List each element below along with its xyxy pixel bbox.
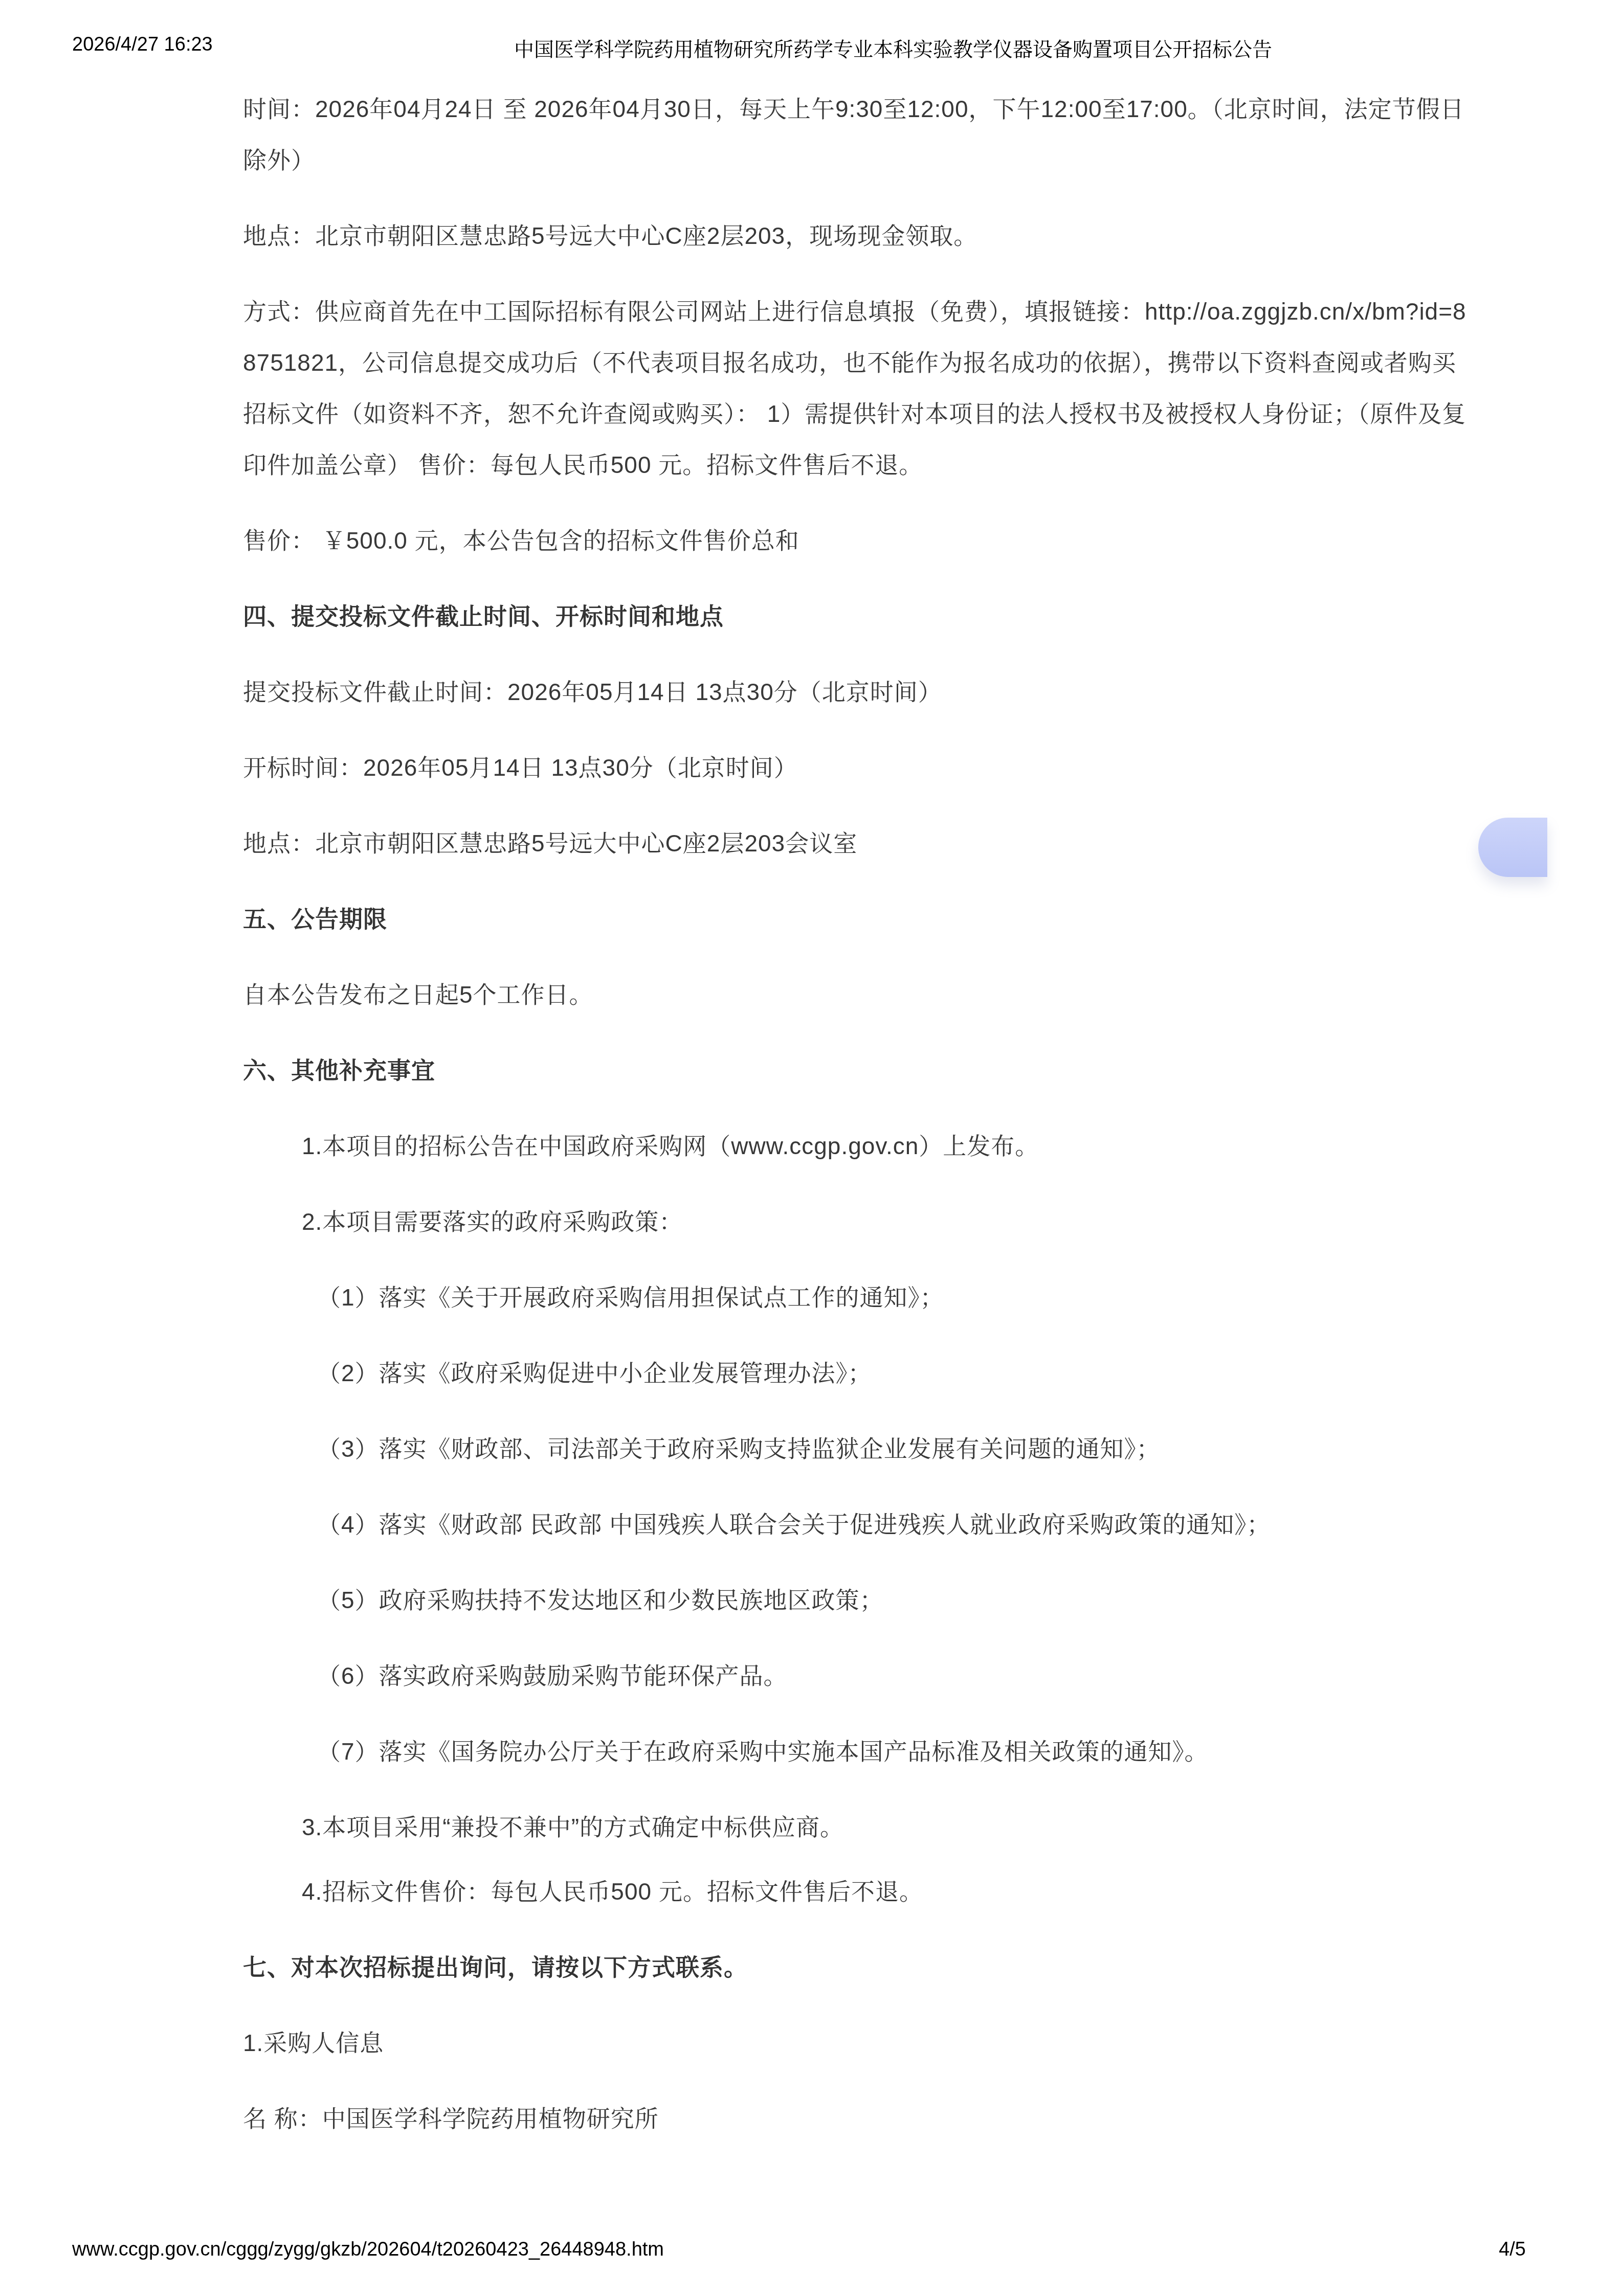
policy-item-5-paragraph: （5）政府采购扶持不发达地区和少数民族地区政策；	[243, 1574, 1478, 1626]
bid-opening-time-paragraph: 开标时间：2026年05月14日 13点30分（北京时间）	[243, 742, 1478, 793]
header-document-title: 中国医学科学院药用植物研究所药学专业本科实验教学仪器设备购置项目公开招标公告	[514, 34, 1272, 62]
purchaser-name-paragraph: 名 称：中国医学科学院药用植物研究所	[243, 2093, 1478, 2144]
announcement-period-paragraph: 自本公告发布之日起5个工作日。	[243, 969, 1478, 1020]
header-datetime: 2026/4/27 16:23	[72, 34, 213, 56]
price-paragraph: 售价： ￥500.0 元，本公告包含的招标文件售价总和	[243, 515, 1478, 566]
print-preview-page: 2026/4/27 16:23 中国医学科学院药用植物研究所药学专业本科实验教学…	[0, 0, 1623, 2296]
supplement-item-2-paragraph: 2.本项目需要落实的政府采购政策：	[243, 1196, 1478, 1247]
section-5-heading: 五、公告期限	[243, 893, 1478, 944]
footer-url: www.ccgp.gov.cn/cggg/zygg/gkzb/202604/t2…	[72, 2239, 664, 2261]
policy-item-1-paragraph: （1）落实《关于开展政府采购信用担保试点工作的通知》；	[243, 1272, 1478, 1323]
sale-time-paragraph: 时间：2026年04月24日 至 2026年04月30日，每天上午9:30至12…	[243, 83, 1478, 186]
footer-page-number: 4/5	[1499, 2239, 1526, 2261]
sale-method-paragraph: 方式：供应商首先在中工国际招标有限公司网站上进行信息填报（免费），填报链接：ht…	[243, 286, 1478, 490]
floating-side-widget[interactable]	[1478, 818, 1547, 877]
purchaser-info-heading: 1.采购人信息	[243, 2017, 1478, 2068]
supplement-item-3-paragraph: 3.本项目采用“兼投不兼中”的方式确定中标供应商。	[243, 1802, 1478, 1853]
section-7-heading: 七、对本次招标提出询问，请按以下方式联系。	[243, 1942, 1478, 1993]
policy-item-7-paragraph: （7）落实《国务院办公厅关于在政府采购中实施本国产品标准及相关政策的通知》。	[243, 1726, 1478, 1777]
policy-item-4-paragraph: （4）落实《财政部 民政部 中国残疾人联合会关于促进残疾人就业政府采购政策的通知…	[243, 1499, 1478, 1550]
sale-location-paragraph: 地点：北京市朝阳区慧忠路5号远大中心C座2层203，现场现金领取。	[243, 210, 1478, 261]
bid-opening-location-paragraph: 地点：北京市朝阳区慧忠路5号远大中心C座2层203会议室	[243, 818, 1478, 869]
policy-item-3-paragraph: （3）落实《财政部、司法部关于政府采购支持监狱企业发展有关问题的通知》；	[243, 1423, 1478, 1474]
policy-item-2-paragraph: （2）落实《政府采购促进中小企业发展管理办法》；	[243, 1347, 1478, 1399]
section-6-heading: 六、其他补充事宜	[243, 1045, 1478, 1096]
document-body: 时间：2026年04月24日 至 2026年04月30日，每天上午9:30至12…	[243, 83, 1478, 2169]
policy-item-6-paragraph: （6）落实政府采购鼓励采购节能环保产品。	[243, 1650, 1478, 1701]
section-4-heading: 四、提交投标文件截止时间、开标时间和地点	[243, 591, 1478, 642]
supplement-item-4-paragraph: 4.招标文件售价：每包人民币500 元。招标文件售后不退。	[243, 1866, 1478, 1917]
submission-deadline-paragraph: 提交投标文件截止时间：2026年05月14日 13点30分（北京时间）	[243, 666, 1478, 717]
supplement-item-1-paragraph: 1.本项目的招标公告在中国政府采购网（www.ccgp.gov.cn）上发布。	[243, 1120, 1478, 1172]
